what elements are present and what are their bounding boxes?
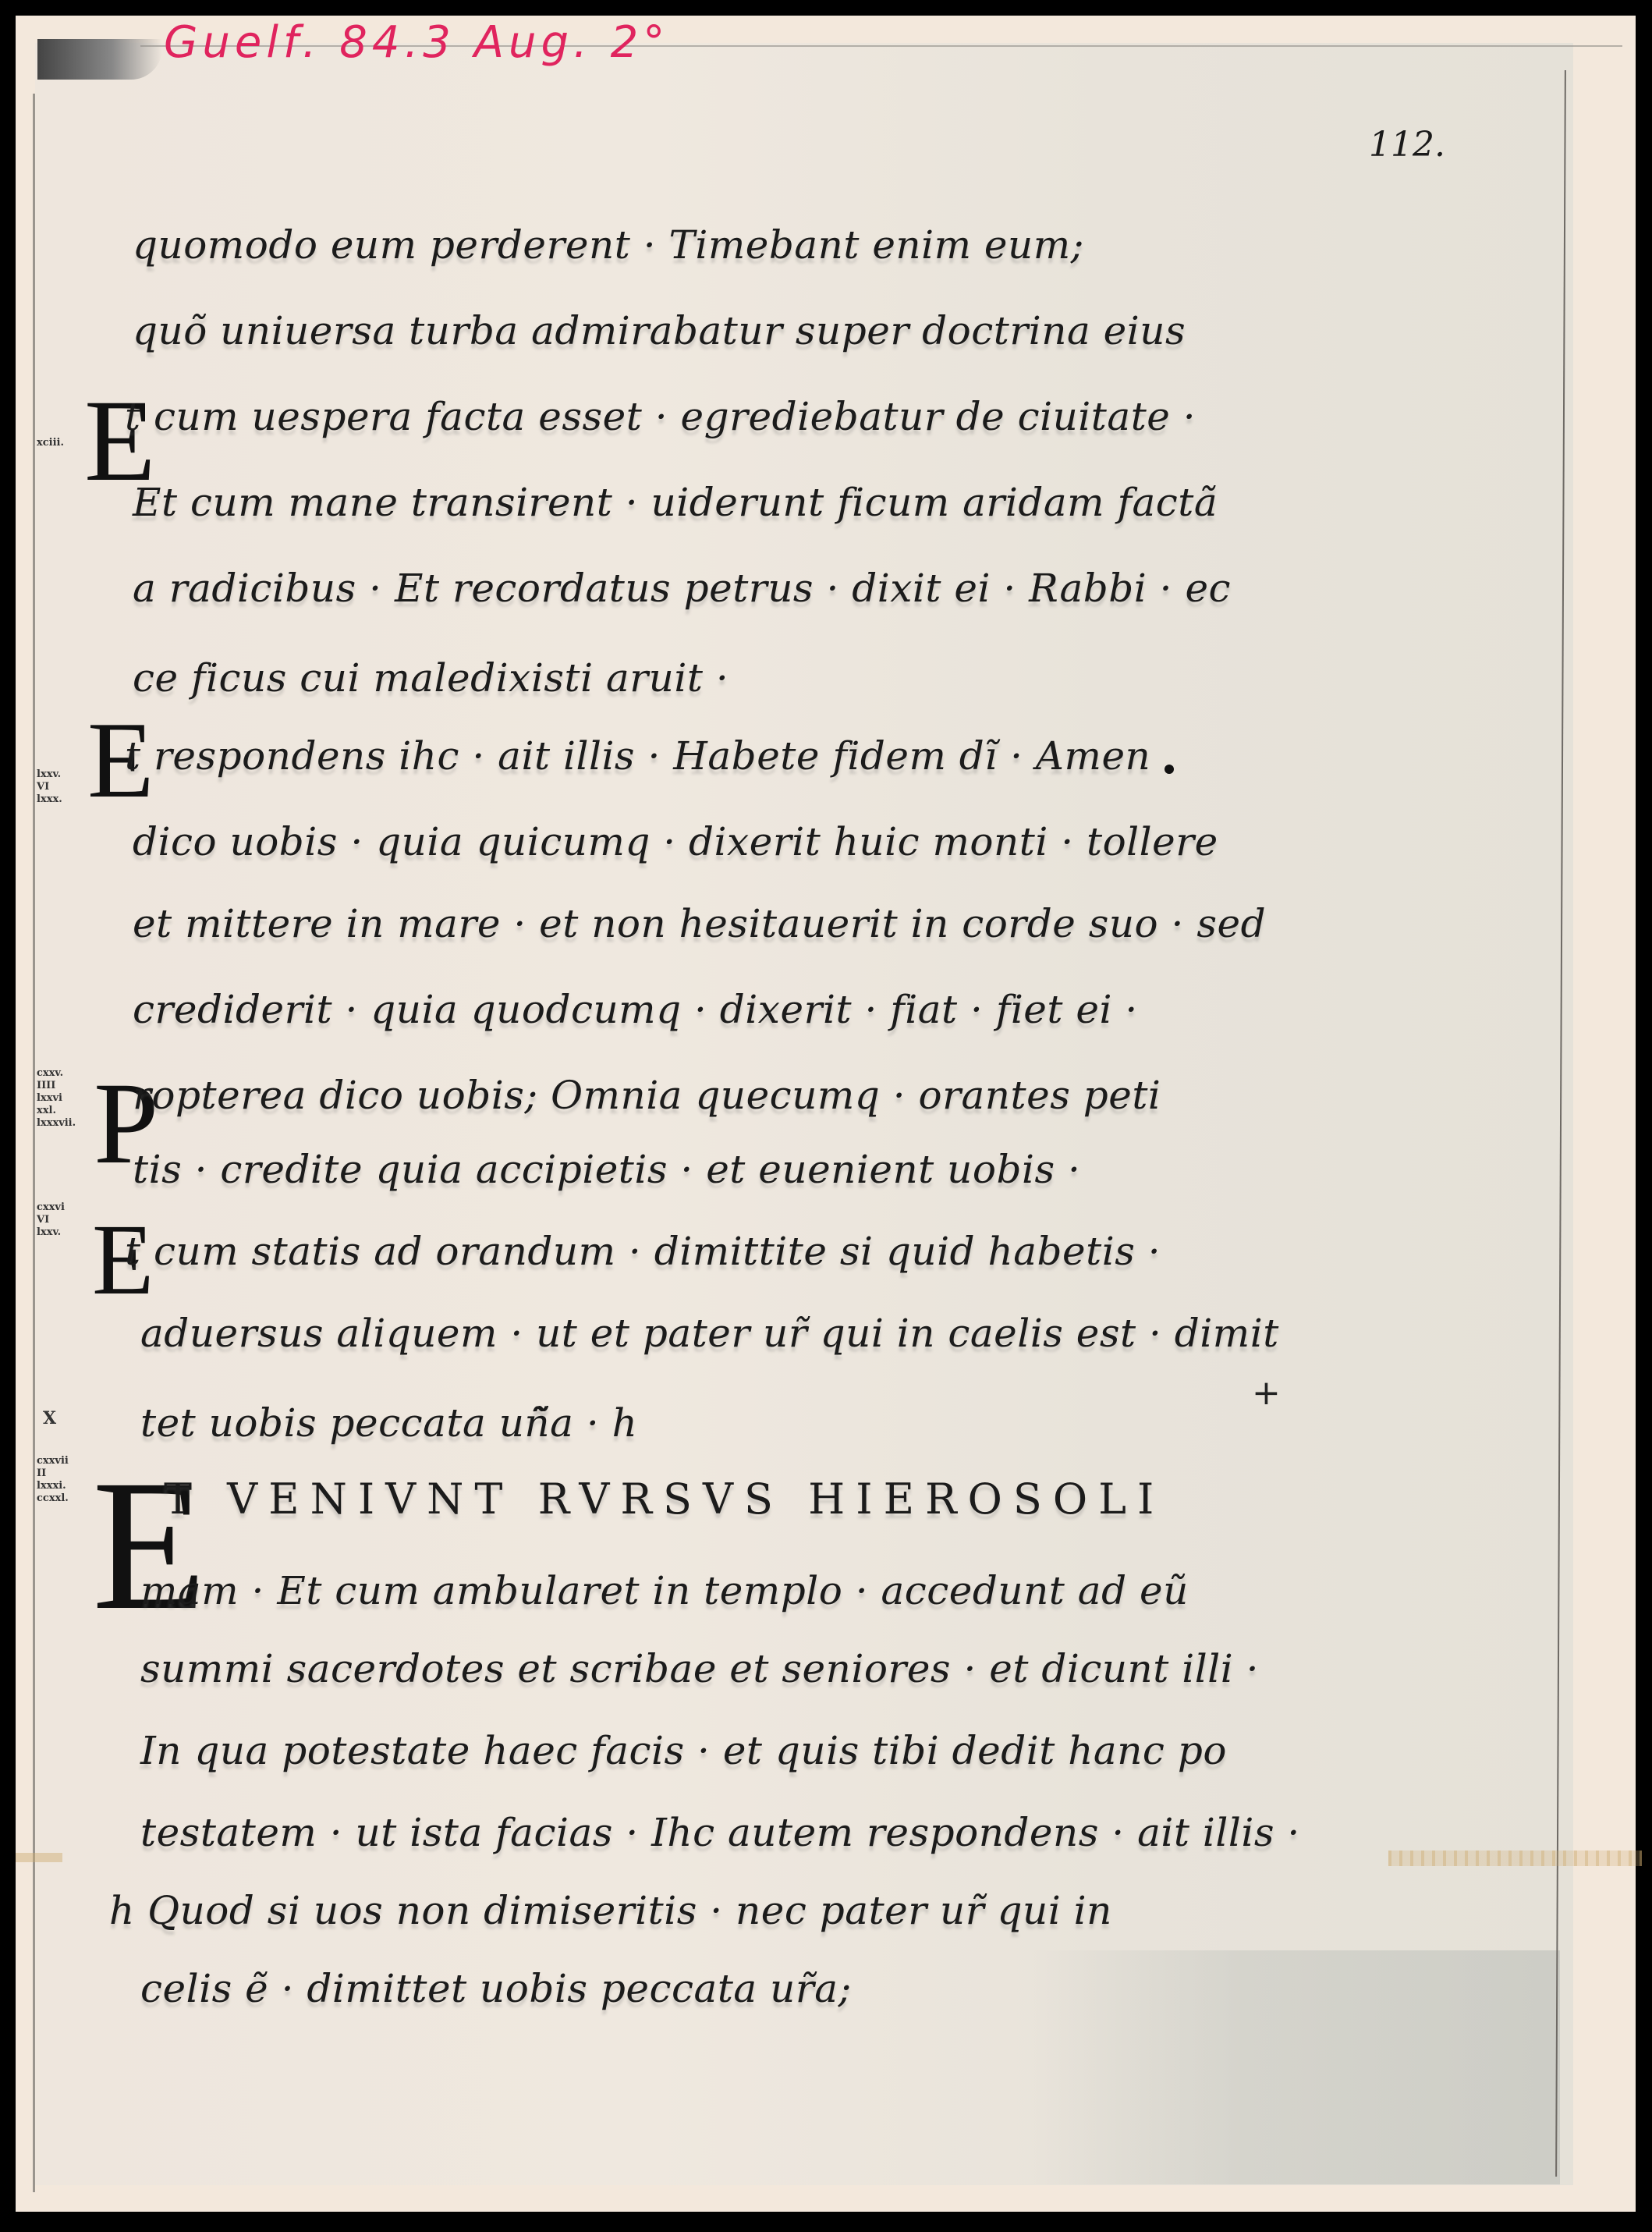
marginal-canon-note: xciii.	[37, 437, 64, 449]
text-line: h Quod si uos non dimiseritis · nec pate…	[109, 1888, 1112, 1933]
text-line: celis ẽ · dimittet uobis peccata ur̃a;	[140, 1966, 852, 2011]
text-line: tet uobis peccata uñ̃a · h	[140, 1400, 637, 1446]
text-line: et mittere in mare · et non hesitauerit …	[133, 901, 1266, 946]
marginal-canon-note: cxxvii II lxxxi. ccxxl.	[37, 1455, 69, 1505]
text-line: In qua potestate haec facis · et quis ti…	[140, 1728, 1227, 1773]
marginal-chapter-number: X	[43, 1412, 56, 1425]
text-line: quomodo eum perderent · Timebant enim eu…	[133, 222, 1084, 268]
manuscript-text-block: E E P E E quomodo eum perderent · Timeba…	[0, 0, 1652, 2232]
text-line: dico uobis · quia quicumq · dixerit huic…	[133, 819, 1218, 864]
text-line: t cum uespera facta esset · egrediebatur…	[125, 394, 1196, 439]
cross-mark: +	[1252, 1373, 1281, 1413]
text-line: Et cum mane transirent · uiderunt ficum …	[133, 480, 1218, 525]
text-line: testatem · ut ista facias · Ihc autem re…	[140, 1810, 1300, 1855]
text-line: a radicibus · Et recordatus petrus · dix…	[133, 566, 1231, 611]
text-line: ropterea dico uobis; Omnia quecumq · ora…	[133, 1073, 1161, 1118]
marginal-canon-note: cxxvi VI lxxv.	[37, 1201, 65, 1239]
text-line: crediderit · quia quodcumq · dixerit · f…	[133, 987, 1138, 1032]
text-line: aduersus aliquem · ut et pater ur̃ qui i…	[140, 1311, 1279, 1356]
text-line: mam · Et cum ambularet in templo · acced…	[140, 1568, 1189, 1613]
ink-dot	[1165, 765, 1174, 774]
text-line: ce ficus cui maledixisti aruit ·	[133, 655, 729, 701]
text-line: summi sacerdotes et scribae et seniores …	[140, 1646, 1259, 1691]
text-line: tis · credite quia accipietis · et eueni…	[133, 1147, 1080, 1192]
text-line: t respondens ihc · ait illis · Habete fi…	[125, 733, 1150, 779]
marginal-canon-note: lxxv. VI lxxx.	[37, 768, 62, 806]
text-line-capitals: T VENIVNT RVRSVS HIEROSOLI	[164, 1474, 1165, 1524]
marginal-canon-note: cxxv. IIII lxxvi xxl. lxxxvii.	[37, 1067, 76, 1130]
text-line: quõ uniuersa turba admirabatur super doc…	[133, 308, 1186, 353]
text-line: t cum statis ad orandum · dimittite si q…	[125, 1229, 1161, 1274]
